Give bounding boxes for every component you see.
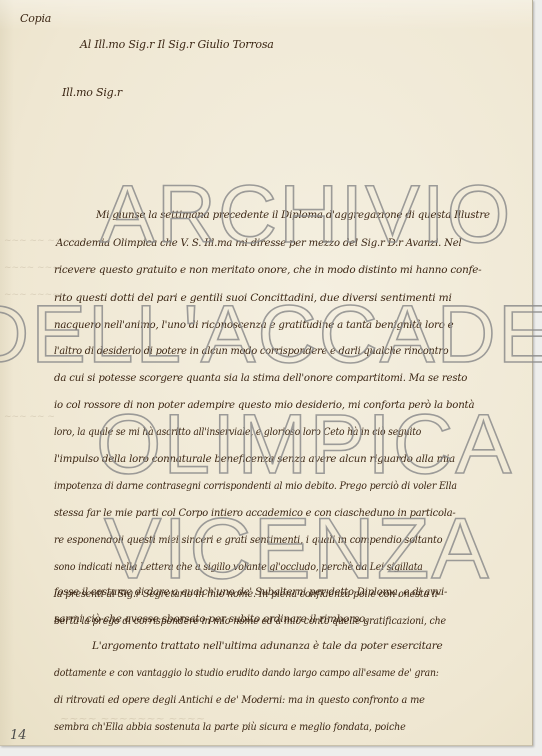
- letter-line: rito questi dotti del pari e gentili suo…: [54, 292, 452, 304]
- letter-line: L'argomento trattato nell'ultima adunanz…: [92, 640, 443, 652]
- letter-line: re esponendoli questi miei sinceri e gra…: [54, 534, 442, 546]
- copy-label: Copia: [20, 12, 51, 25]
- letter-line: l'altro di desiderio di potere in alcun …: [54, 345, 448, 357]
- letter-line: nacquero nell'animo, l'uno di riconoscen…: [54, 319, 454, 331]
- letter-line: sembra ch'Ella abbia sostenuta la parte …: [54, 721, 406, 733]
- letter-line: sarmi ciò che avesse sborsato per subito…: [54, 613, 368, 625]
- letter-line: ricevere questo gratuito e non meritato …: [54, 264, 481, 276]
- letter-line: di ritrovati ed opere degli Antichi e de…: [54, 694, 425, 706]
- letter-line: Accademia Olimpica che V. S. Ill.ma mi d…: [56, 237, 462, 249]
- bleed-through-text: ~~~ ~~ ~: [4, 412, 55, 422]
- letter-line: dottamente e con vantaggio lo studio eru…: [54, 667, 439, 679]
- salutation: Ill.mo Sig.r: [62, 86, 122, 99]
- letter-line: l'impulso della loro connaturale benefic…: [54, 453, 455, 465]
- letter-line: io col rossore di non poter adempire que…: [54, 399, 474, 411]
- letter-line: impotenza di darne contrasegni corrispon…: [54, 480, 457, 492]
- letter-line: loro, la quale se mi hà ascritto all'ins…: [54, 426, 421, 438]
- address-line: Al Ill.mo Sig.r Il Sig.r Giulio Torrosa: [80, 38, 274, 51]
- letter-line: Mi giunse la settimana precedente il Dip…: [96, 209, 490, 221]
- letter-line: sono indicati nella Lettera che a sigill…: [54, 561, 423, 573]
- letter-line: fosse il costume di dare a qualch'uno de…: [54, 586, 447, 598]
- folio-number: 14: [10, 728, 27, 743]
- bleed-through-text: ~~~~ ~~~: [4, 263, 60, 273]
- manuscript-page: ~~~ ~~ ~~~~ ~~~~ ~~~ ~~~ ~~~~ ~~~ ~~ ~ ~…: [0, 0, 533, 746]
- bleed-through-text: ~~~ ~~~~: [4, 290, 60, 300]
- letter-line: stessa far le mie parti col Corpo intier…: [54, 507, 456, 519]
- letter-line: da cui si potesse scorgere quanta sia la…: [54, 372, 467, 384]
